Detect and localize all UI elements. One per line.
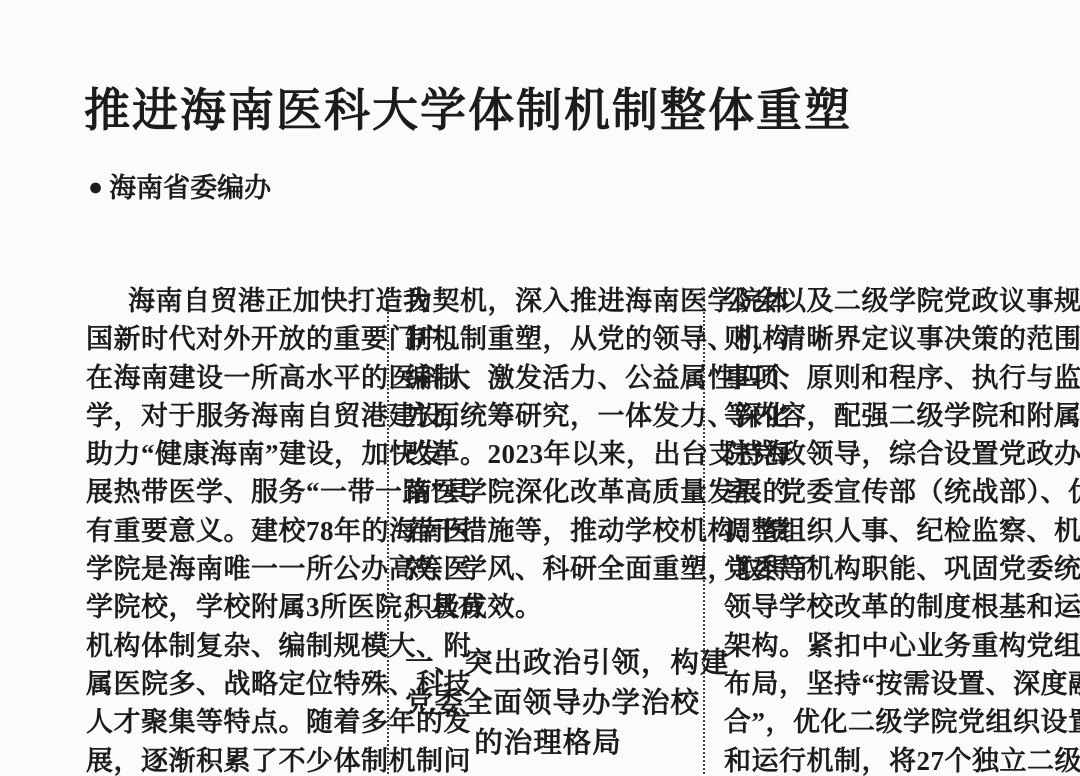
body-text-line: 若干措施等，推动学校机构、绩 [405, 512, 691, 550]
body-text-line: 方面统筹研究，一体发力、深化 [405, 397, 691, 435]
body-text-line: 布局，坚持“按需设置、深度融 [724, 665, 1010, 703]
author-bullet-icon: ● [88, 170, 103, 206]
body-text-line: 有重要意义。建校78年的海南医 [86, 512, 372, 550]
body-text-line: 展，逐渐积累了不少体制机制问 [86, 742, 372, 776]
body-text-line: 积极成效。 [405, 588, 691, 626]
body-text-line: 领导学校改革的制度根基和运行 [724, 588, 1010, 626]
body-text-line: 国新时代对外开放的重要门户。 [86, 320, 372, 358]
body-text-line: 架构。紧扣中心业务重构党组织 [724, 627, 1010, 665]
body-text-line: 学院是海南唯一一所公办高等医 [86, 550, 372, 588]
body-text-line: 学院校，学校附属3所医院，具有 [86, 588, 372, 626]
author-name: 海南省委编办 [109, 170, 271, 206]
body-text-line: 编制、激发活力、公益属性四个 [405, 359, 691, 397]
body-text-line: 为契机，深入推进海南医学院体 [405, 282, 691, 320]
body-text-line: 助力“健康海南”建设，加快发 [86, 435, 372, 473]
author-line: ● 海南省委编办 [88, 170, 271, 206]
body-text-line: 室、党委宣传部（统战部）、优化 [724, 473, 1010, 511]
body-text-line: 人才聚集等特点。随着多年的发 [86, 703, 372, 741]
section-heading-line: 党委全面领导办学治校 [405, 683, 691, 723]
body-text-line: 和运行机制，将27个独立二级党 [724, 742, 1010, 776]
body-text-line: 机构体制复杂、编制规模大、附 [86, 627, 372, 665]
body-text-line: 事项、原则和程序、执行与监督 [724, 359, 1010, 397]
body-text-line: 党委等机构职能、巩固党委统一 [724, 550, 1010, 588]
article-body: 海南自贸港正加快打造我国新时代对外开放的重要门户。在海南建设一所高水平的医科大学… [86, 282, 1010, 776]
document-page: 推进海南医科大学体制机制整体重塑 ● 海南省委编办 海南自贸港正加快打造我国新时… [0, 0, 1080, 776]
body-text-line: 海南自贸港正加快打造我 [86, 282, 372, 320]
body-text-line: 效、学风、科研全面重塑，取得了 [405, 550, 691, 588]
body-text-line: 院党政领导，综合设置党政办公 [724, 435, 1010, 473]
text-column-1: 海南自贸港正加快打造我国新时代对外开放的重要门户。在海南建设一所高水平的医科大学… [86, 282, 372, 776]
text-column-2: 为契机，深入推进海南医学院体制机制重塑，从党的领导、机构编制、激发活力、公益属性… [405, 282, 691, 776]
body-text-line: 制机制重塑，从党的领导、机构 [405, 320, 691, 358]
body-text-line: 在海南建设一所高水平的医科大 [86, 359, 372, 397]
body-text-line: 南医学院深化改革高质量发展的 [405, 473, 691, 511]
body-text-line: 展热带医学、服务“一带一路”具 [86, 473, 372, 511]
section-heading-line: 一、突出政治引领，构建 [405, 643, 691, 683]
section-heading-line: 的治理格局 [405, 723, 691, 763]
body-text-line: 则，清晰界定议事决策的范围及 [724, 320, 1010, 358]
body-text-line: 改革。2023年以来，出台支持海 [405, 435, 691, 473]
body-text-line: 学，对于服务海南自贸港建设， [86, 397, 372, 435]
body-text-line: 公会以及二级学院党政议事规 [724, 282, 1010, 320]
text-column-3: 公会以及二级学院党政议事规则，清晰界定议事决策的范围及事项、原则和程序、执行与监… [724, 282, 1010, 776]
body-text-line: 调整组织人事、纪检监察、机关 [724, 512, 1010, 550]
body-text-line: 等内容，配强二级学院和附属医 [724, 397, 1010, 435]
body-text-line: 合”，优化二级学院党组织设置 [724, 703, 1010, 741]
article-title: 推进海南医科大学体制机制整体重塑 [84, 81, 852, 141]
body-text-line: 属医院多、战略定位特殊、科技 [86, 665, 372, 703]
